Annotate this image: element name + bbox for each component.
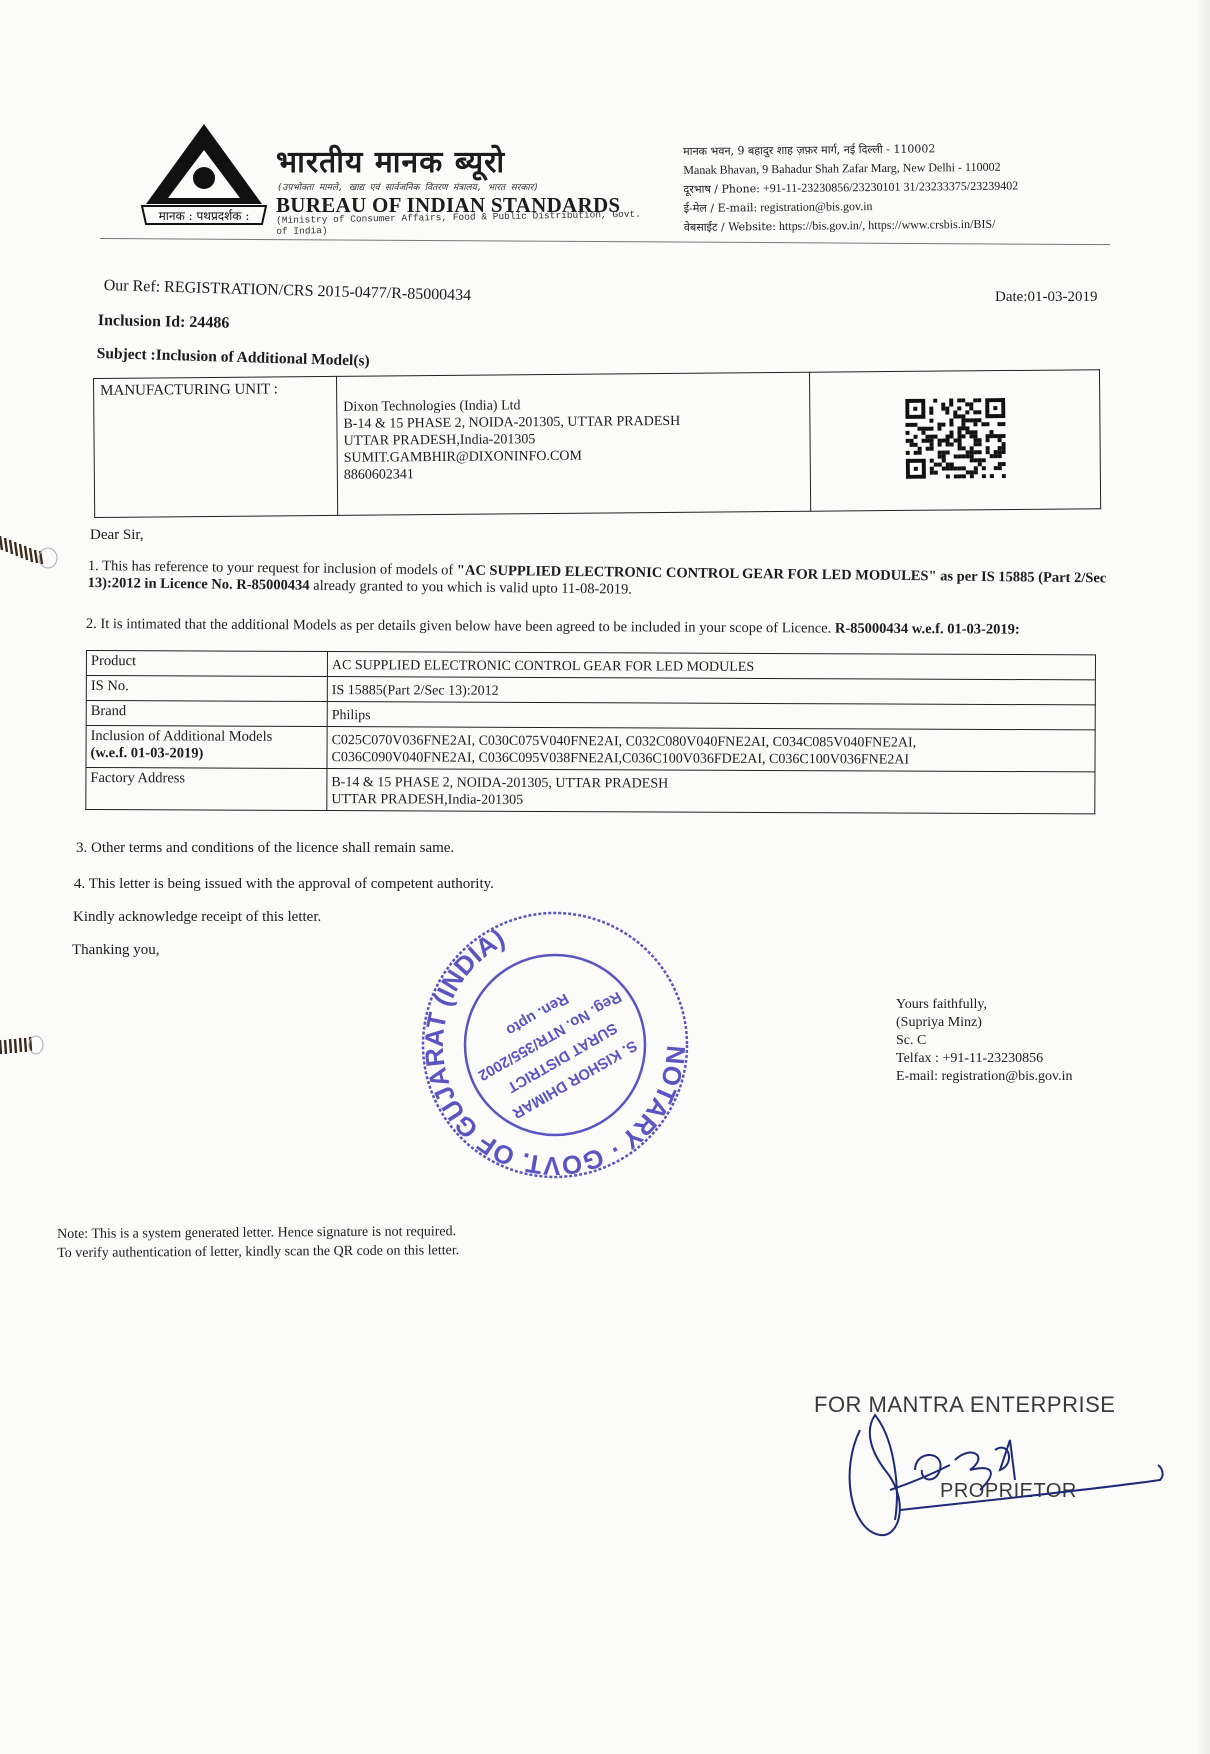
svg-text:NOTARY · GOVT. OF GUJARAT (IND: NOTARY · GOVT. OF GUJARAT (INDIA)	[419, 923, 692, 1182]
phone-line: दूरभाष / Phone: +91-11-23230856/23230101…	[683, 176, 1018, 199]
letter-date: Date:01-03-2019	[995, 289, 1097, 306]
manufacturing-unit-label: MANUFACTURING UNIT :	[94, 376, 338, 517]
contact-block: मानक भवन, 9 बहादुर शाह ज़फ़र मार्ग, नई द…	[683, 138, 1019, 236]
subject-line: Subject :Inclusion of Additional Model(s…	[96, 345, 369, 371]
org-name-hindi: भारतीय मानक ब्यूरो	[276, 140, 505, 181]
binder-spring-icon	[0, 1032, 45, 1062]
inclusion-id: Inclusion Id: 24486	[98, 312, 230, 333]
signatory-email: E-mail: registration@bis.gov.in	[896, 1068, 1072, 1086]
paragraph-3: 3. Other terms and conditions of the lic…	[76, 840, 454, 857]
paragraph-1: 1. This has reference to your request fo…	[88, 558, 1118, 605]
manufacturing-unit-details: Dixon Technologies (India) Ltd B-14 & 15…	[336, 372, 810, 515]
paragraph-4: 4. This letter is being issued with the …	[74, 876, 494, 893]
qr-code-icon[interactable]	[905, 398, 1006, 479]
svg-text:मानक : पथप्रदर्शक :: मानक : पथप्रदर्शक :	[159, 209, 250, 223]
page-edge-shadow	[1196, 0, 1210, 1754]
bis-logo-icon: मानक : पथप्रदर्शक :	[138, 120, 270, 230]
header-divider	[100, 238, 1110, 245]
handwritten-signature-icon	[840, 1410, 1170, 1540]
ministry-hindi: (उपभोक्ता मामले, खाद्य एवं सार्वजनिक वित…	[277, 180, 539, 193]
phone-value: +91-11-23230856/23230101 31/23233375/232…	[763, 178, 1018, 195]
website-line: वेबसाईट / Website: https://bis.gov.in/, …	[684, 214, 1019, 237]
email-value[interactable]: registration@bis.gov.in	[760, 199, 872, 214]
signatory-name: (Supriya Minz)	[896, 1014, 1072, 1032]
thanking-line: Thanking you,	[72, 942, 160, 959]
paragraph-2: 2. It is intimated that the additional M…	[86, 616, 1146, 639]
table-row: Inclusion of Additional Models (w.e.f. 0…	[86, 726, 1095, 772]
binder-spring-icon	[0, 530, 60, 570]
website-link-bis[interactable]: https://bis.gov.in/	[779, 218, 862, 233]
website-link-crsbis[interactable]: https://www.crsbis.in/BIS/	[868, 217, 995, 232]
signatory-designation: Sc. C	[896, 1032, 1072, 1050]
signatory-telfax: Telfax : +91-11-23230856	[896, 1050, 1072, 1068]
notary-stamp-icon: NOTARY · GOVT. OF GUJARAT (INDIA) S. KIS…	[410, 900, 700, 1190]
manufacturing-unit-table: MANUFACTURING UNIT : Dixon Technologies …	[93, 369, 1101, 518]
signatory-block: Yours faithfully, (Supriya Minz) Sc. C T…	[896, 996, 1072, 1086]
table-row: Factory Address B-14 & 15 PHASE 2, NOIDA…	[86, 768, 1095, 814]
system-note: Note: This is a system generated letter.…	[57, 1222, 459, 1263]
reference-number: Our Ref: REGISTRATION/CRS 2015-0477/R-85…	[103, 277, 471, 305]
qr-cell	[809, 370, 1100, 512]
product-details-table: Product AC SUPPLIED ELECTRONIC CONTROL G…	[85, 650, 1096, 814]
acknowledge-line: Kindly acknowledge receipt of this lette…	[73, 909, 321, 926]
salutation: Dear Sir,	[90, 527, 144, 544]
